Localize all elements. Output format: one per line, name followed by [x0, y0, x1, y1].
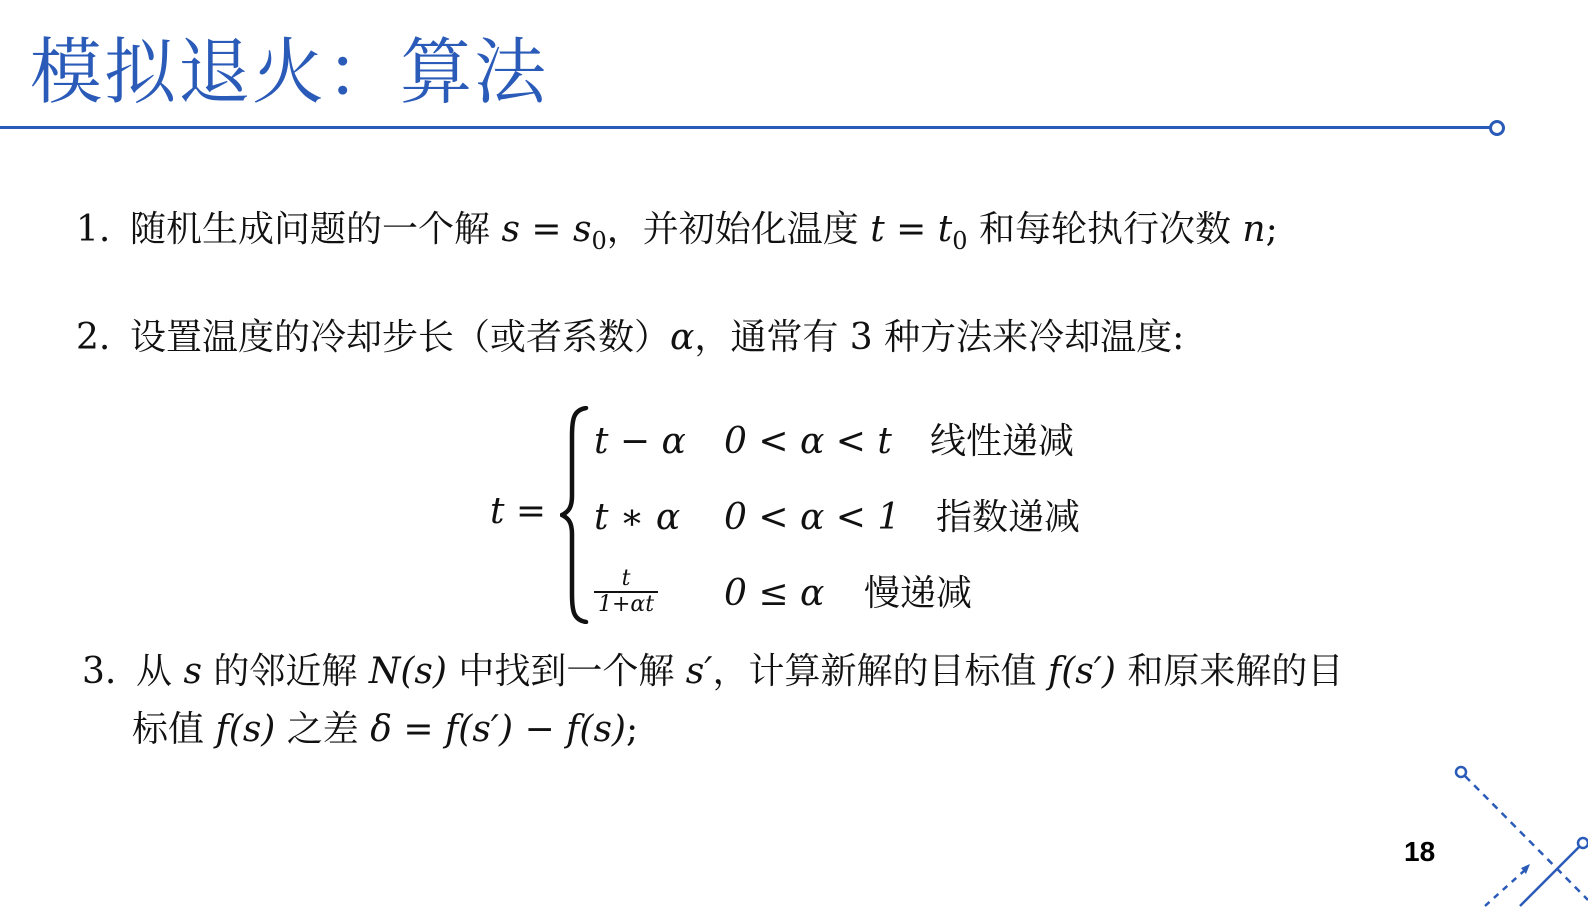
case-expression: t − α — [594, 416, 724, 468]
math-var: s — [573, 209, 591, 250]
step-text: ; — [1266, 209, 1278, 250]
step-3-line-1: 3.从 s 的邻近解 N(s) 中找到一个解 s′，计算新解的目标值 f(s′)… — [82, 648, 1343, 696]
case-condition: 0 < α < t — [724, 416, 892, 468]
math-subscript: 0 — [952, 227, 967, 255]
step-text: 和每轮执行次数 — [968, 209, 1243, 250]
header-divider-endpoint-icon — [1489, 120, 1505, 136]
step-3-line-2: 标值 f(s) 之差 δ = f(s′) − f(s); — [132, 706, 638, 754]
step-1: 1.随机生成问题的一个解 s = s0，并初始化温度 t = t0 和每轮执行次… — [76, 206, 1278, 254]
step-2: 2.设置温度的冷却步长（或者系数）α，通常有 3 种方法来冷却温度: — [76, 314, 1184, 362]
slide-title: 模拟退火：算法 — [30, 22, 548, 122]
fraction-numerator: t — [594, 567, 658, 593]
step-text: 从 — [136, 651, 183, 692]
math-var: s — [183, 651, 201, 692]
decorative-lines-icon — [1380, 750, 1588, 924]
math-var: s — [501, 209, 519, 250]
step-number: 3. — [82, 648, 136, 696]
step-text: 之差 — [275, 709, 370, 750]
step-number: 1. — [76, 206, 130, 254]
math-var: N — [369, 651, 401, 692]
step-text: 的邻近解 — [202, 651, 369, 692]
case-condition: 0 < α < 1 — [724, 492, 900, 544]
step-number: 2. — [76, 314, 130, 362]
step-text: ，计算新解的目标值 — [712, 651, 1047, 692]
math-op: = — [520, 209, 573, 250]
math-var: s′ — [686, 651, 713, 692]
case-label: 线性递减 — [930, 416, 1074, 468]
left-brace-icon — [560, 406, 590, 624]
fraction: t 1+αt — [594, 567, 658, 617]
step-text: 标值 — [132, 709, 215, 750]
math-var: t — [938, 209, 952, 250]
math-expr: f(s) — [215, 709, 275, 750]
math-expr: f(s′) — [1048, 651, 1116, 692]
step-text: 和原来解的目 — [1116, 651, 1343, 692]
formula-lhs: t = — [490, 488, 546, 536]
case-label: 慢递减 — [864, 568, 972, 620]
case-expression: t 1+αt — [594, 568, 724, 621]
step-text: 设置温度的冷却步长（或者系数） — [130, 317, 670, 358]
case-label: 指数递减 — [936, 492, 1080, 544]
header-divider — [0, 126, 1490, 129]
cooling-schedule-formula: t = t − α 0 < α < t 线性递减 t ∗ α 0 < α < 1… — [490, 400, 1130, 630]
math-op: = — [885, 209, 938, 250]
step-text: ，通常有 3 种方法来冷却温度: — [694, 317, 1184, 358]
fraction-denominator: 1+αt — [594, 593, 658, 617]
math-var: α — [670, 317, 694, 358]
math-expr: (s) — [400, 651, 447, 692]
math-subscript: 0 — [591, 227, 606, 255]
case-expression: t ∗ α — [594, 492, 724, 544]
math-var: t — [870, 209, 884, 250]
step-text: 随机生成问题的一个解 — [130, 209, 501, 250]
case-condition: 0 ≤ α — [724, 568, 824, 620]
math-expr: δ = f(s′) − f(s) — [370, 709, 626, 750]
step-text: 中找到一个解 — [447, 651, 686, 692]
math-var: n — [1242, 209, 1265, 250]
step-text: ; — [626, 709, 638, 750]
step-text: ，并初始化温度 — [607, 209, 870, 250]
